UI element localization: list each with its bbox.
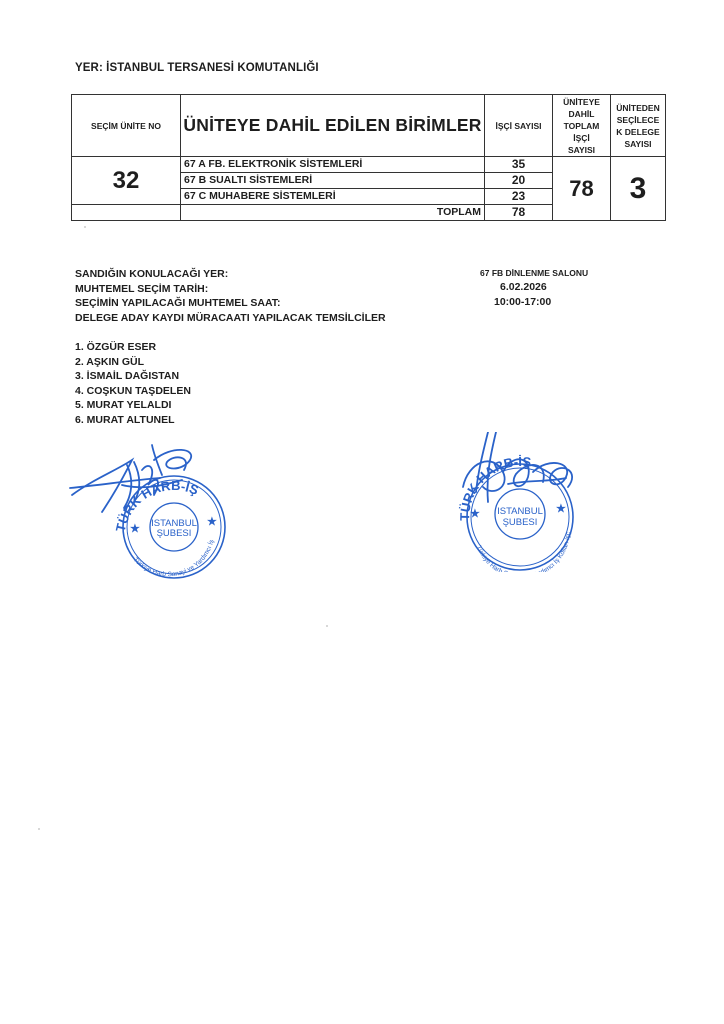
election-time-label: SEÇİMİN YAPILACAĞI MUHTEMEL SAAT: <box>75 296 386 311</box>
unit-worker-count: 20 <box>485 173 553 189</box>
header-total-workers: ÜNİTEYE DAHİL TOPLAM İŞÇİ SAYISI <box>553 95 611 157</box>
list-item: 6. MURAT ALTUNEL <box>75 413 191 428</box>
unit-name: 67 C MUHABERE SİSTEMLERİ <box>181 189 485 205</box>
total-workers-value: 78 <box>553 157 611 221</box>
scan-speck <box>84 226 86 228</box>
svg-text:ŞUBESI: ŞUBESI <box>503 517 538 528</box>
election-unit-table: SEÇİM ÜNİTE NO ÜNİTEYE DAHİL EDİLEN BİRİ… <box>71 94 666 221</box>
list-item: 4. COŞKUN TAŞDELEN <box>75 384 191 399</box>
election-date-label: MUHTEMEL SEÇİM TARİH: <box>75 282 386 297</box>
svg-text:Türkiye Harb Sanayi ve Yardımc: Türkiye Harb Sanayi ve Yardımcı İş Kolla… <box>448 432 572 572</box>
unit-name: 67 A FB. ELEKTRONİK SİSTEMLERİ <box>181 157 485 173</box>
unit-worker-count: 35 <box>485 157 553 173</box>
unit-worker-count: 23 <box>485 189 553 205</box>
election-info-labels: SANDIĞIN KONULACAĞI YER: MUHTEMEL SEÇİM … <box>75 267 386 325</box>
svg-text:ŞUBESI: ŞUBESI <box>157 528 192 539</box>
scan-speck <box>38 828 40 830</box>
list-item: 1. ÖZGÜR ESER <box>75 340 191 355</box>
ballot-place-label: SANDIĞIN KONULACAĞI YER: <box>75 267 386 282</box>
list-item: 2. AŞKIN GÜL <box>75 355 191 370</box>
list-item: 5. MURAT YELALDI <box>75 398 191 413</box>
list-item: 3. İSMAİL DAĞISTAN <box>75 369 191 384</box>
ballot-place-value: 67 FB DİNLENME SALONU <box>480 266 588 280</box>
table-row: 32 67 A FB. ELEKTRONİK SİSTEMLERİ 35 78 … <box>72 157 666 173</box>
stamp-seal-icon: TÜRK HARB-İŞ Türkiye Harb Sanayi ve Yard… <box>448 432 598 572</box>
union-stamp-left: TÜRK HARB-İŞ Türkiye Harb Sanayi ve Yard… <box>62 440 232 585</box>
header-delegate-count: ÜNİTEDEN SEÇİLECE K DELEGE SAYISI <box>611 95 666 157</box>
table-header-row: SEÇİM ÜNİTE NO ÜNİTEYE DAHİL EDİLEN BİRİ… <box>72 95 666 157</box>
empty-cell <box>72 205 181 221</box>
svg-text:ISTANBUL: ISTANBUL <box>497 506 543 517</box>
representatives-list: 1. ÖZGÜR ESER 2. AŞKIN GÜL 3. İSMAİL DAĞ… <box>75 340 191 428</box>
sum-value: 78 <box>485 205 553 221</box>
header-units: ÜNİTEYE DAHİL EDİLEN BİRİMLER <box>181 95 485 157</box>
scan-speck <box>326 625 328 627</box>
svg-text:★: ★ <box>207 516 217 528</box>
svg-text:★: ★ <box>470 508 480 520</box>
representatives-label: DELEGE ADAY KAYDI MÜRACAATI YAPILACAK TE… <box>75 311 386 326</box>
svg-text:★: ★ <box>130 523 140 535</box>
union-stamp-right: TÜRK HARB-İŞ Türkiye Harb Sanayi ve Yard… <box>448 432 598 577</box>
stamp-seal-icon: TÜRK HARB-İŞ Türkiye Harb Sanayi ve Yard… <box>62 440 232 580</box>
svg-text:Türkiye Harb Sanayi ve Yardımc: Türkiye Harb Sanayi ve Yardımcı İş Kolla… <box>62 440 216 578</box>
location-title: YER: İSTANBUL TERSANESİ KOMUTANLIĞI <box>75 62 319 74</box>
election-time-value: 10:00-17:00 <box>480 295 588 310</box>
sum-label: TOPLAM <box>181 205 485 221</box>
svg-text:★: ★ <box>556 503 566 515</box>
election-date-value: 6.02.2026 <box>480 280 588 295</box>
election-info-values: 67 FB DİNLENME SALONU 6.02.2026 10:00-17… <box>480 266 588 310</box>
header-unit-no: SEÇİM ÜNİTE NO <box>72 95 181 157</box>
header-worker-count: İŞÇİ SAYISI <box>485 95 553 157</box>
unit-name: 67 B SUALTI SİSTEMLERİ <box>181 173 485 189</box>
delegate-count-value: 3 <box>611 157 666 221</box>
unit-number: 32 <box>72 157 181 205</box>
